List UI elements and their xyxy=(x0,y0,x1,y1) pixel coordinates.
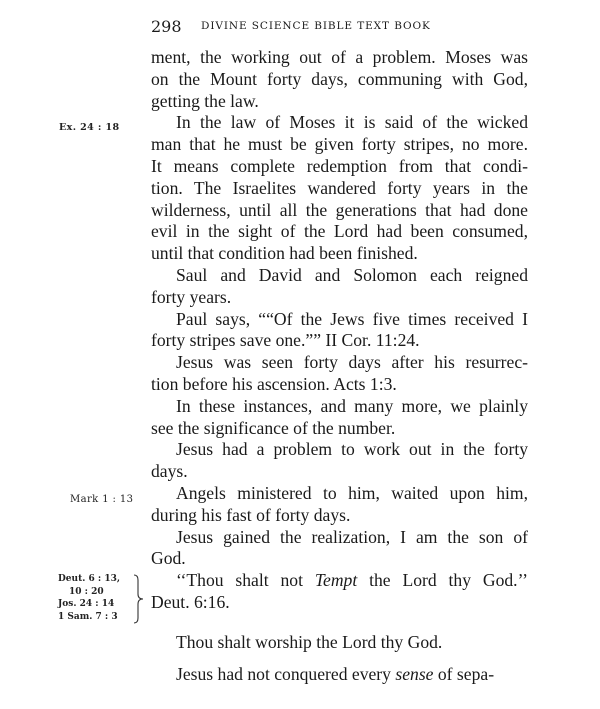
paragraph-start: Jesus gained the realization, I am the s… xyxy=(151,527,528,549)
text-line: evil in the sight of the Lord had been c… xyxy=(151,221,528,243)
quote-text: ‘‘Thou shalt not xyxy=(176,570,315,590)
paragraph-start: Angels ministered to him, waited upon hi… xyxy=(151,483,528,505)
paragraph-start: Paul says, ““Of the Jews five times rece… xyxy=(151,309,528,331)
paragraph-start: Jesus was seen forty days after his resu… xyxy=(151,352,528,374)
margin-note-ex-24-18: Ex. 24 : 18 xyxy=(59,122,119,133)
margin-note-jos: Jos. 24 : 14 xyxy=(58,598,138,611)
text-line: during his fast of forty days. xyxy=(151,505,528,527)
margin-note-mark-1-13: Mark 1 : 13 xyxy=(70,494,133,505)
paragraph-start: Jesus had a problem to work out in the f… xyxy=(151,439,528,461)
text-line: see the significance of the number. xyxy=(151,418,528,440)
quote-italic: Tempt xyxy=(315,570,357,590)
page-number: 298 xyxy=(151,17,182,36)
quote-text-end: the Lord thy God.’’ xyxy=(357,570,528,590)
final-line: Jesus had not conquered every sense of s… xyxy=(151,664,553,685)
margin-note-deut-10: 10 : 20 xyxy=(58,586,138,599)
margin-note-group: Deut. 6 : 13, 10 : 20 Jos. 24 : 14 1 Sam… xyxy=(58,573,138,623)
quote-line: ‘‘Thou shalt not Tempt the Lord thy God.… xyxy=(151,570,528,592)
brace-icon xyxy=(133,574,145,624)
running-title: DIVINE SCIENCE BIBLE TEXT BOOK xyxy=(201,20,431,32)
text-line: forty stripes save one.”” II Cor. 11:24. xyxy=(151,330,528,352)
text-line: forty years. xyxy=(151,287,528,309)
text-line: God. xyxy=(151,548,528,570)
final-text-end: of sepa- xyxy=(433,664,494,684)
text-line: on the Mount forty days, communing with … xyxy=(151,69,528,91)
final-italic: sense xyxy=(395,664,433,684)
margin-note-sam: 1 Sam. 7 : 3 xyxy=(58,611,138,624)
paragraph-start: In these instances, and many more, we pl… xyxy=(151,396,528,418)
text-line: days. xyxy=(151,461,528,483)
paragraph-start: In the law of Moses it is said of the wi… xyxy=(151,112,528,134)
text-line: man that he must be given forty stripes,… xyxy=(151,134,528,156)
text-line: Deut. 6:16. xyxy=(151,592,528,614)
text-line: It means complete redemption from that c… xyxy=(151,156,528,178)
text-line: wilderness, until all the generations th… xyxy=(151,200,528,222)
book-page: 298 DIVINE SCIENCE BIBLE TEXT BOOK Ex. 2… xyxy=(0,0,600,709)
body-text: ment, the working out of a problem. Mose… xyxy=(151,47,528,614)
text-line: until that condition had been finished. xyxy=(151,243,528,265)
text-line: tion. The Israelites wandered forty year… xyxy=(151,178,528,200)
paragraph-start: Saul and David and Solomon each reigned xyxy=(151,265,528,287)
text-line: ment, the working out of a problem. Mose… xyxy=(151,47,528,69)
worship-line: Thou shalt worship the Lord thy God. xyxy=(151,632,553,653)
page-header: 298 DIVINE SCIENCE BIBLE TEXT BOOK xyxy=(151,17,531,39)
text-line: tion before his ascension. Acts 1:3. xyxy=(151,374,528,396)
margin-note-deut: Deut. 6 : 13, xyxy=(58,573,138,586)
text-line: getting the law. xyxy=(151,91,528,113)
final-text: Jesus had not conquered every xyxy=(176,664,395,684)
